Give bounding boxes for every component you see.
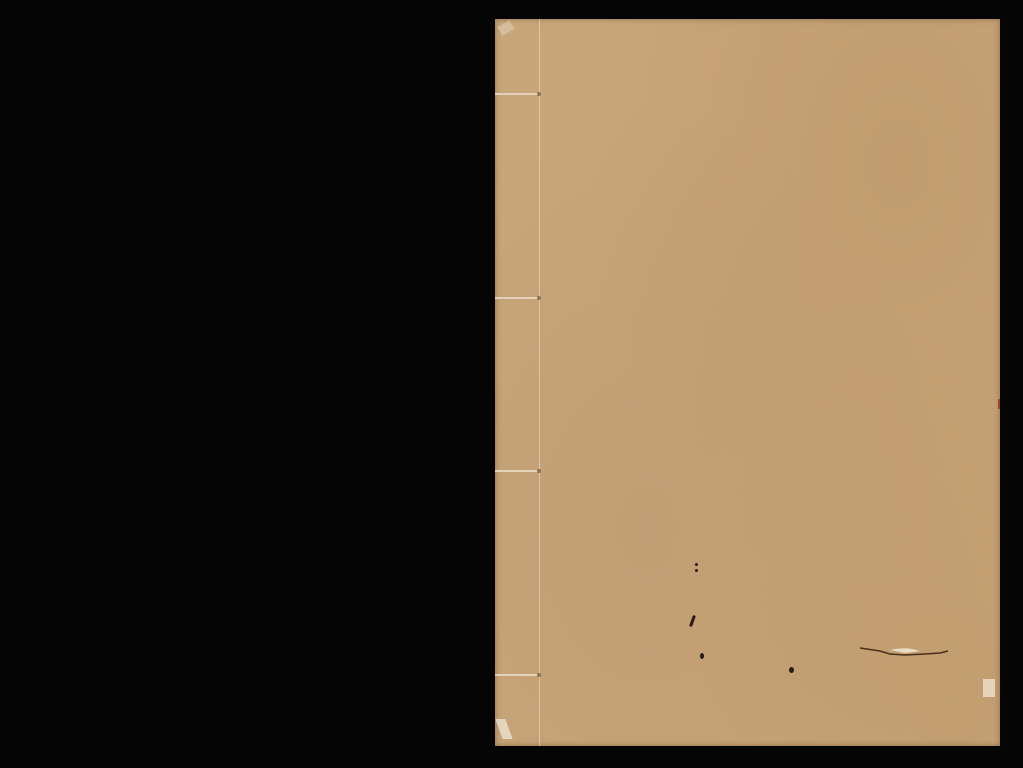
stitch-thread [495,674,541,676]
ink-spot [789,667,794,673]
spine-binding-line [539,19,540,746]
book-cover [495,19,1000,746]
red-edge-mark [998,399,1000,409]
worn-corner [983,679,995,697]
paper-tear [860,646,960,660]
ink-spot [695,563,698,566]
stitch-knot [537,92,541,96]
ink-spot [689,615,696,627]
stitch-thread [495,297,541,299]
stitch-knot [537,296,541,300]
stitch-thread [495,93,541,95]
ink-spot [700,653,704,659]
stitch-thread [495,470,541,472]
ink-spot [695,569,698,572]
worn-corner [497,20,514,36]
stitch-knot [537,673,541,677]
worn-corner [495,719,512,739]
stitch-knot [537,469,541,473]
